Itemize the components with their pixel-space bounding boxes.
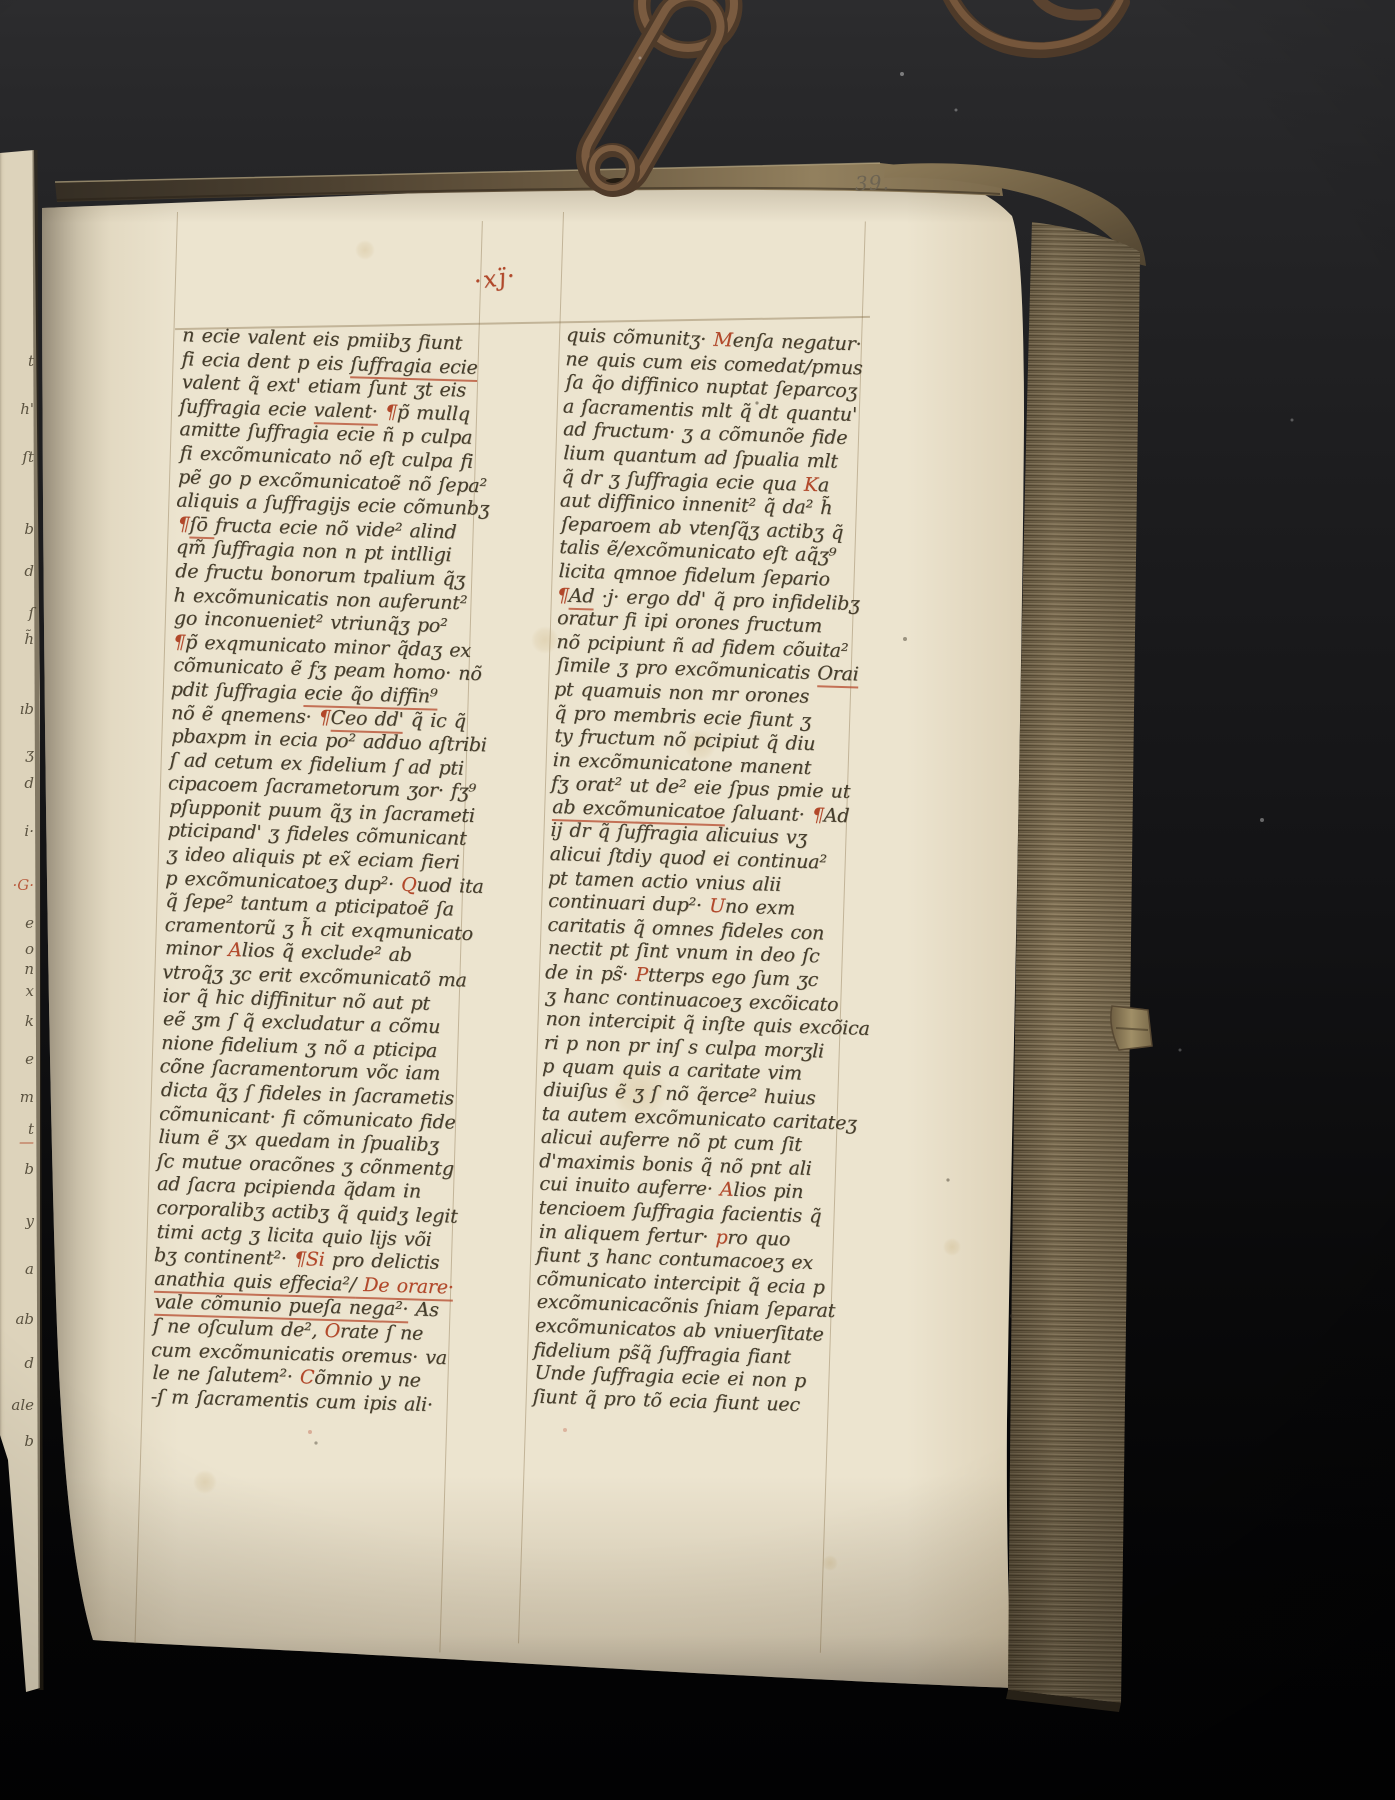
gutter-text-fragment: ıb [20, 700, 34, 718]
gutter-text-fragment: ale [11, 1396, 34, 1414]
gutter-text-fragment: a [25, 1260, 34, 1278]
gutter-text-fragment: e [25, 1050, 34, 1068]
gutter-text-fragment: ʒ [26, 745, 34, 763]
gutter-text-fragment: d [24, 1354, 34, 1372]
gutter-text-fragment: x [26, 982, 34, 1000]
gutter-text-fragment: d [24, 562, 34, 580]
gutter-text-fragment: m [20, 1088, 34, 1106]
gutter-text-fragment: e [25, 914, 34, 932]
gutter-text-fragment: ·G· [12, 876, 34, 894]
gutter-text-fragment: ſ [28, 604, 34, 622]
text-column-right: quis cõmunitʒ· Menſa negatur·ne quis cum… [518, 212, 866, 1653]
gutter-text-fragment: h̃ [24, 630, 34, 648]
gutter-text-fragment: t [28, 352, 34, 370]
gutter-text-fragment: k [25, 1012, 34, 1030]
gutter-text-fragment: h' [20, 400, 34, 418]
gutter-text-fragment: y [26, 1212, 34, 1230]
gutter-text-fragment: ſt [22, 448, 34, 466]
gutter-text-fragment: d [24, 774, 34, 792]
manuscript-photo: ·xj̈· 39. n ecie valent eis pmiibʒ fiunt… [0, 0, 1395, 1800]
text-column-left: n ecie valent eis pmiibʒ fiuntfi ecia de… [135, 212, 483, 1652]
facing-page-text-fragments: th'ſtbdſh̃ıbʒdi··G·eonxkemt—byaabdaleb [0, 0, 37, 1760]
gutter-text-fragment: ab [15, 1310, 34, 1328]
gutter-text-fragment: n [24, 960, 34, 978]
folio-number: 39. [854, 170, 890, 196]
gutter-text-fragment: o [25, 940, 34, 958]
gutter-text-fragment: b [24, 520, 34, 538]
gutter-text-fragment: b [24, 1160, 34, 1178]
gutter-text-fragment: — [19, 1133, 34, 1151]
gutter-text-fragment: b [24, 1432, 34, 1450]
gutter-text-fragment: i· [24, 822, 34, 840]
